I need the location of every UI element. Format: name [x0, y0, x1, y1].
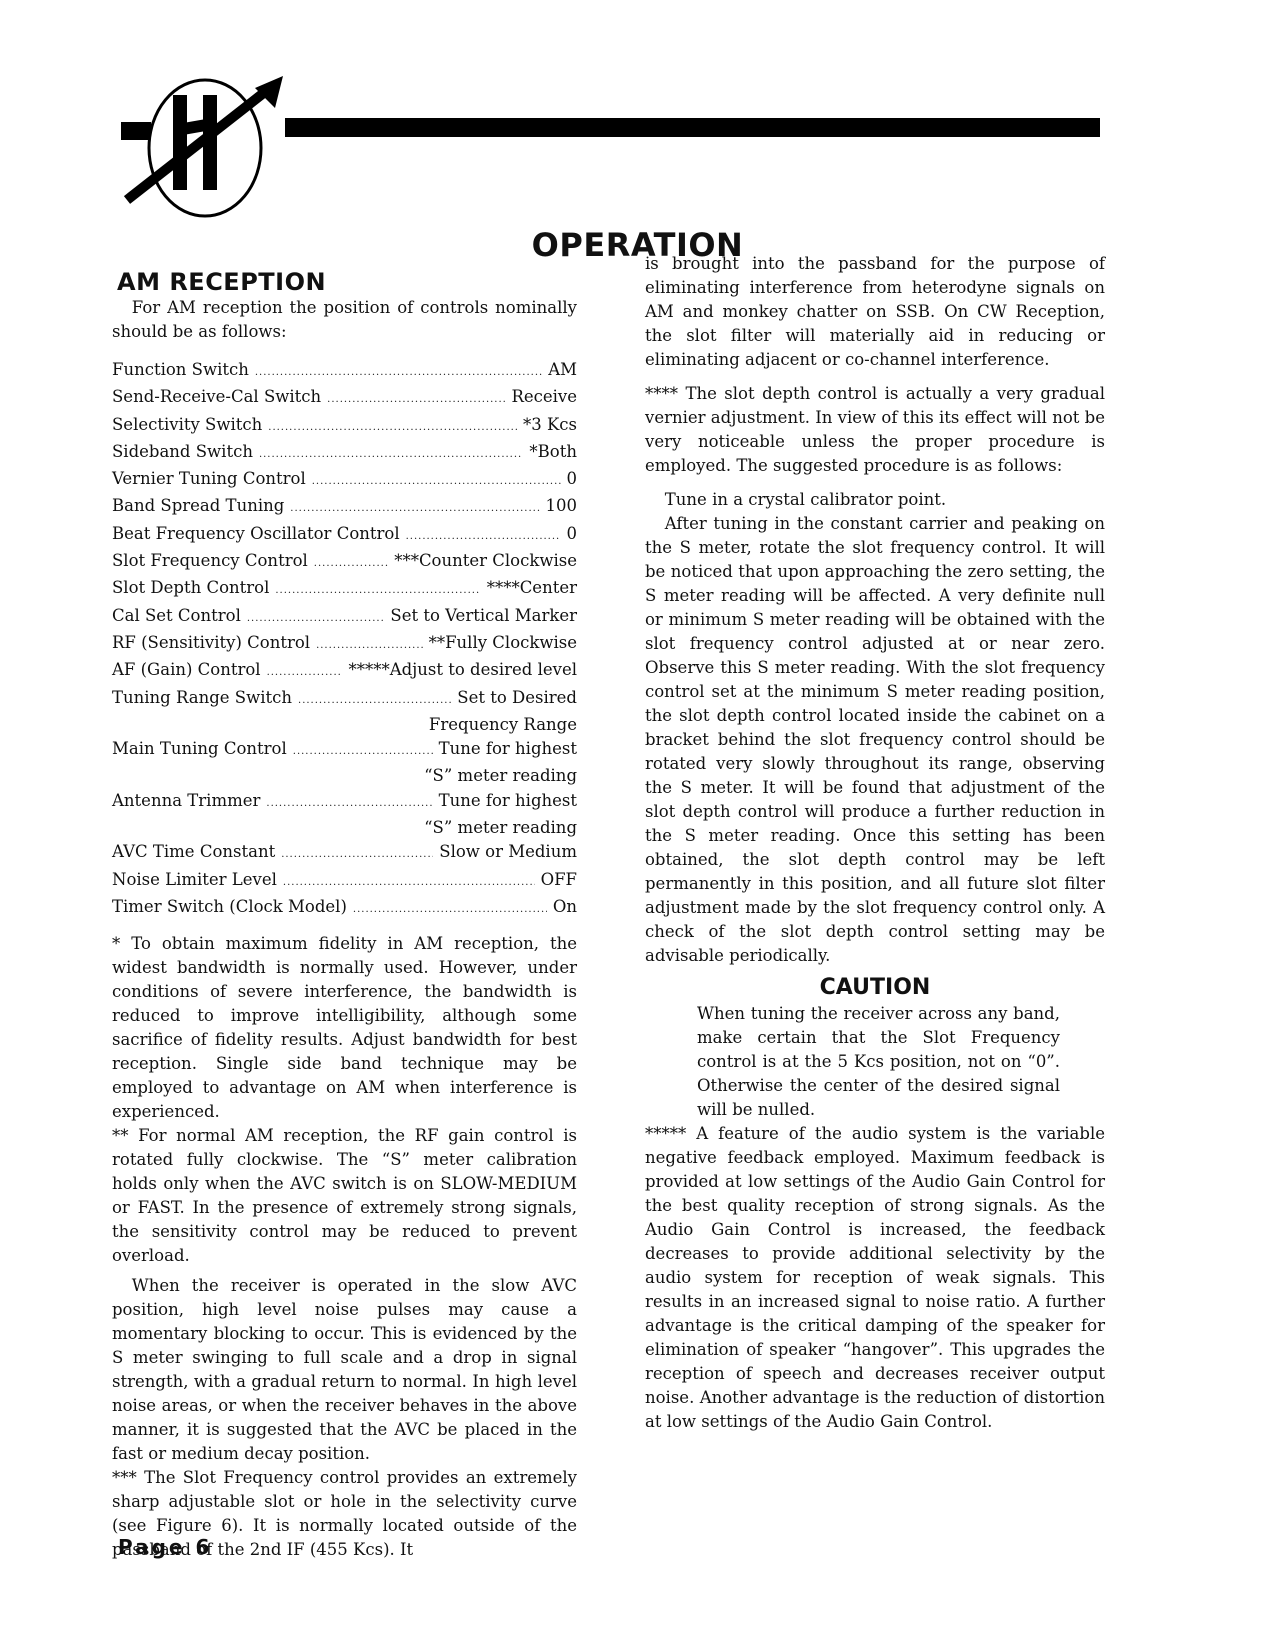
dot-leader [406, 525, 561, 549]
setting-label: Selectivity Switch [112, 413, 262, 437]
setting-value: **Fully Clockwise [429, 631, 577, 655]
setting-value: 0 [567, 522, 578, 546]
setting-row: Function SwitchAM [112, 358, 577, 385]
dot-leader [353, 898, 547, 922]
setting-label: Timer Switch (Clock Model) [112, 895, 347, 919]
setting-label: Function Switch [112, 358, 249, 382]
footnote-4: **** The slot depth control is actually … [645, 382, 1105, 478]
dot-leader [266, 792, 432, 816]
setting-value: On [553, 895, 577, 919]
procedure-step-1: Tune in a crystal calibrator point. [645, 488, 1105, 512]
setting-value: 100 [546, 494, 578, 518]
setting-label: Tuning Range Switch [112, 686, 292, 710]
right-column: is brought into the passband for the pur… [645, 252, 1105, 1434]
setting-row: AF (Gain) Control*****Adjust to desired … [112, 658, 577, 685]
setting-value: *3 Kcs [523, 413, 577, 437]
setting-label: Vernier Tuning Control [112, 467, 306, 491]
setting-value: Tune for highest [439, 737, 577, 761]
setting-value: ****Center [487, 576, 577, 600]
setting-label: Slot Depth Control [112, 576, 269, 600]
setting-row: Vernier Tuning Control0 [112, 467, 577, 494]
dot-leader [247, 607, 385, 631]
setting-label: AVC Time Constant [112, 840, 275, 864]
footnote-1: * To obtain maximum fidelity in AM recep… [112, 932, 577, 1124]
header-rule [285, 118, 1100, 137]
dot-leader [268, 416, 517, 440]
setting-row: Tuning Range SwitchSet to Desired [112, 686, 577, 713]
dot-leader [316, 634, 423, 658]
dot-leader [298, 689, 451, 713]
setting-value: Set to Desired [457, 686, 577, 710]
setting-row: Beat Frequency Oscillator Control0 [112, 522, 577, 549]
setting-value: Tune for highest [439, 789, 577, 813]
setting-label: Noise Limiter Level [112, 868, 277, 892]
dot-leader [290, 497, 539, 521]
setting-label: Band Spread Tuning [112, 494, 284, 518]
setting-value: AM [548, 358, 577, 382]
setting-label: Main Tuning Control [112, 737, 287, 761]
dot-leader [255, 361, 542, 385]
setting-value: OFF [541, 868, 577, 892]
setting-value-continued: Frequency Range [112, 713, 577, 737]
dot-leader [275, 579, 480, 603]
setting-row: Main Tuning ControlTune for highest [112, 737, 577, 764]
setting-label: Antenna Trimmer [112, 789, 260, 813]
control-settings-list: Function SwitchAMSend-Receive-Cal Switch… [112, 358, 577, 922]
setting-value: 0 [567, 467, 578, 491]
setting-row: Selectivity Switch*3 Kcs [112, 413, 577, 440]
dot-leader [314, 552, 388, 576]
setting-row: Sideband Switch*Both [112, 440, 577, 467]
setting-label: Send-Receive-Cal Switch [112, 385, 321, 409]
setting-label: Beat Frequency Oscillator Control [112, 522, 400, 546]
setting-row: Band Spread Tuning100 [112, 494, 577, 521]
setting-value: ***Counter Clockwise [394, 549, 577, 573]
setting-row: Timer Switch (Clock Model)On [112, 895, 577, 922]
caution-text: When tuning the receiver across any band… [697, 1002, 1060, 1122]
setting-row: Slot Frequency Control***Counter Clockwi… [112, 549, 577, 576]
setting-row: Send-Receive-Cal SwitchReceive [112, 385, 577, 412]
setting-label: Cal Set Control [112, 604, 241, 628]
setting-value: Slow or Medium [439, 840, 577, 864]
caution-heading: CAUTION [645, 974, 1105, 1002]
avc-paragraph: When the receiver is operated in the slo… [112, 1274, 577, 1466]
setting-value-continued: “S” meter reading [112, 764, 577, 788]
setting-label: RF (Sensitivity) Control [112, 631, 310, 655]
setting-value: Set to Vertical Marker [390, 604, 577, 628]
setting-row: Slot Depth Control****Center [112, 576, 577, 603]
dot-leader [283, 871, 535, 895]
hallicrafters-logo-icon [115, 70, 295, 220]
setting-row: Cal Set ControlSet to Vertical Marker [112, 604, 577, 631]
dot-leader [281, 843, 433, 867]
procedure-step-2: After tuning in the constant carrier and… [645, 512, 1105, 968]
dot-leader [312, 470, 561, 494]
page-number: Page 6 [118, 1535, 212, 1559]
dot-leader [259, 443, 523, 467]
setting-row: AVC Time ConstantSlow or Medium [112, 840, 577, 867]
setting-value: Receive [511, 385, 577, 409]
dot-leader [293, 740, 433, 764]
left-column: AM RECEPTION For AM reception the positi… [112, 268, 577, 1562]
setting-label: AF (Gain) Control [112, 658, 261, 682]
am-reception-intro: For AM reception the position of control… [112, 296, 577, 344]
setting-value: *Both [529, 440, 577, 464]
dot-leader [267, 661, 343, 685]
footnote-5: ***** A feature of the audio system is t… [645, 1122, 1105, 1434]
setting-row: Antenna TrimmerTune for highest [112, 789, 577, 816]
setting-value-continued: “S” meter reading [112, 816, 577, 840]
setting-row: Noise Limiter LevelOFF [112, 868, 577, 895]
section-heading-am-reception: AM RECEPTION [117, 268, 577, 296]
footnote-2: ** For normal AM reception, the RF gain … [112, 1124, 577, 1268]
setting-label: Slot Frequency Control [112, 549, 308, 573]
setting-value: *****Adjust to desired level [348, 658, 577, 682]
setting-label: Sideband Switch [112, 440, 253, 464]
footnote-3-continued: is brought into the passband for the pur… [645, 252, 1105, 372]
dot-leader [327, 388, 505, 412]
setting-row: RF (Sensitivity) Control**Fully Clockwis… [112, 631, 577, 658]
